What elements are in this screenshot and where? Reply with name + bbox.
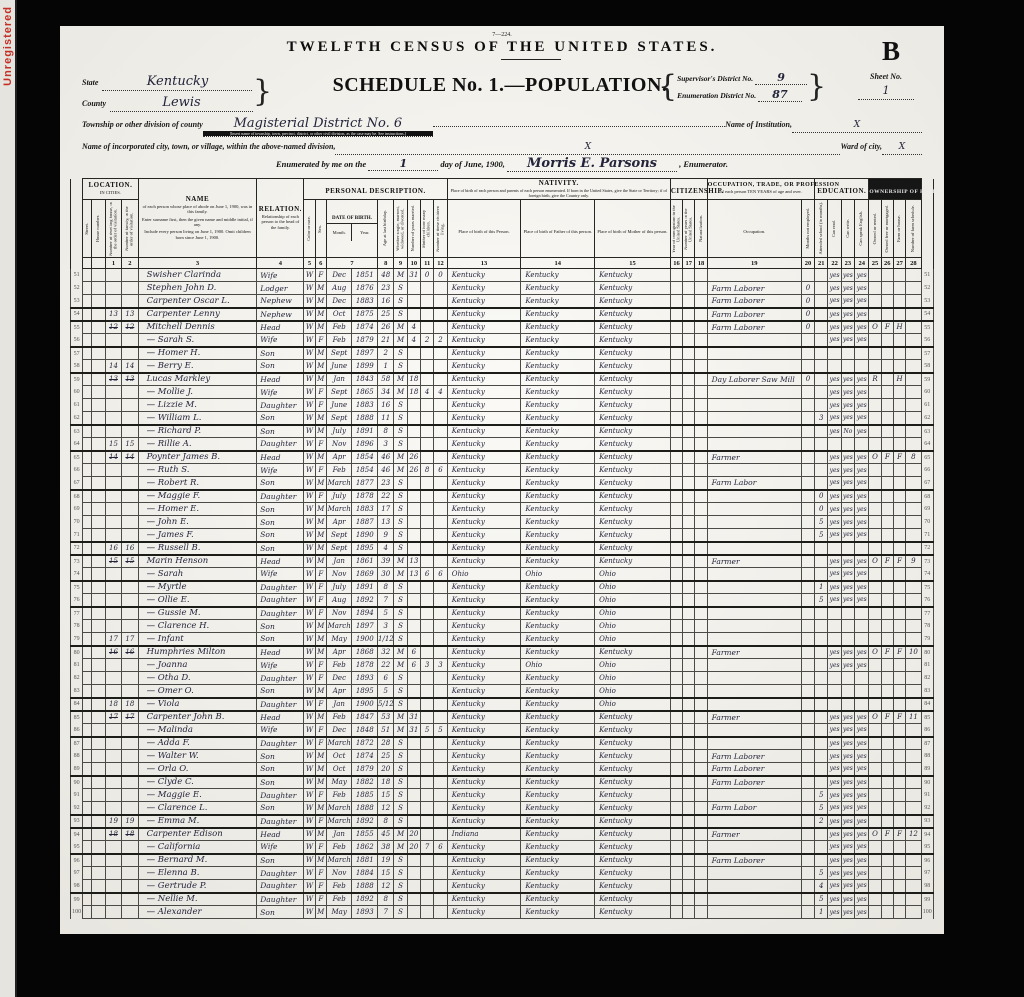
cell-naturalization	[695, 477, 707, 490]
cell-pob-person: Kentucky	[447, 555, 521, 568]
cell-can-speak-english: yes	[855, 282, 869, 295]
cell-owned-free-or-mortgaged	[881, 698, 893, 711]
cell-age: 25	[378, 750, 394, 763]
cell-can-speak-english: yes	[855, 893, 869, 906]
cell-pob-mother: Kentucky	[595, 529, 671, 542]
cell-line-number-left: 96	[71, 854, 83, 867]
cell-occupation: Farm Labor	[707, 477, 801, 490]
cell-owned-or-rented	[869, 386, 881, 399]
cell-years-in-us	[683, 867, 695, 880]
cell-can-speak-english: yes	[855, 373, 869, 386]
cell-family-number	[122, 347, 138, 360]
cell-can-speak-english	[855, 607, 869, 620]
cell-color: W	[304, 763, 315, 776]
cell-relation: Daughter	[257, 867, 304, 880]
cell-owned-free-or-mortgaged	[881, 490, 893, 503]
cell-children-living	[434, 308, 447, 321]
cell-marital-status: S	[394, 412, 407, 425]
cell-immigration-year	[670, 633, 682, 646]
cell-immigration-year	[670, 451, 682, 464]
cell-name: Lucas Markley	[138, 373, 257, 386]
cell-owned-or-rented	[869, 620, 881, 633]
cell-farm-or-house	[893, 620, 905, 633]
cell-line-number-left: 74	[71, 568, 83, 581]
cell-birth-month: Sept	[326, 542, 352, 555]
cell-months-not-employed	[801, 789, 814, 802]
cell-pob-mother: Kentucky	[595, 724, 671, 737]
cell-can-write	[841, 360, 854, 373]
cell-pob-father: Kentucky	[521, 802, 595, 815]
cell-pob-mother: Kentucky	[595, 438, 671, 451]
cell-pob-mother: Kentucky	[595, 711, 671, 724]
cell-pob-father: Kentucky	[521, 815, 595, 828]
cell-can-read	[828, 360, 841, 373]
cell-line-number-left: 82	[71, 672, 83, 685]
cell-dwelling-number	[105, 334, 121, 347]
cell-line-number-right: 96	[921, 854, 933, 867]
cell-pob-person: Kentucky	[447, 477, 521, 490]
column-number: 4	[257, 258, 304, 269]
cell-immigration-year	[670, 893, 682, 906]
cell-sex: F	[315, 737, 326, 750]
cell-name: — Otha D.	[138, 672, 257, 685]
cell-family-number	[122, 282, 138, 295]
cell-birth-year: 1899	[352, 360, 378, 373]
cell-years-in-us	[683, 802, 695, 815]
cell-children-living	[434, 854, 447, 867]
cell-can-write: yes	[841, 893, 854, 906]
col-header-pob-person: Place of birth of this Person.	[447, 200, 521, 258]
cell-months-not-employed	[801, 659, 814, 672]
cell-can-speak-english: yes	[855, 750, 869, 763]
cell-pob-person: Kentucky	[447, 308, 521, 321]
cell-years-married: 13	[407, 555, 420, 568]
table-row: 95 — California Wife W F Feb 1862 38 M 2…	[71, 841, 934, 854]
cell-occupation: Farm Labor	[707, 802, 801, 815]
cell-house-number	[92, 386, 105, 399]
cell-house-number	[92, 490, 105, 503]
cell-years-married	[407, 763, 420, 776]
cell-can-speak-english	[855, 672, 869, 685]
table-row: 54 13 13 Carpenter Lenny Nephew W M Oct …	[71, 308, 934, 321]
cell-color: W	[304, 607, 315, 620]
cell-birth-month: Dec	[326, 295, 352, 308]
cell-pob-person: Kentucky	[447, 282, 521, 295]
cell-owned-free-or-mortgaged: F	[881, 555, 893, 568]
cell-pob-father: Kentucky	[521, 399, 595, 412]
cell-relation: Head	[257, 451, 304, 464]
form-number: 7—224.	[60, 32, 944, 38]
cell-occupation	[707, 659, 801, 672]
cell-farm-schedule-number	[906, 477, 921, 490]
cell-line-number-right: 82	[921, 672, 933, 685]
table-row: 96 — Bernard M. Son W M March 1881 19 S …	[71, 854, 934, 867]
line-number-header-left	[71, 179, 83, 269]
cell-can-write	[841, 438, 854, 451]
cell-pob-father: Kentucky	[521, 880, 595, 893]
cell-line-number-left: 70	[71, 516, 83, 529]
cell-pob-father: Kentucky	[521, 854, 595, 867]
cell-years-in-us	[683, 854, 695, 867]
cell-mother-of-children	[421, 607, 434, 620]
cell-birth-year: 1892	[352, 815, 378, 828]
cell-farm-or-house	[893, 334, 905, 347]
cell-owned-free-or-mortgaged	[881, 737, 893, 750]
cell-dwelling-number	[105, 503, 121, 516]
cell-can-read: yes	[828, 568, 841, 581]
cell-family-number	[122, 802, 138, 815]
cell-age: 2	[378, 347, 394, 360]
cell-house-number	[92, 412, 105, 425]
cell-can-write: yes	[841, 308, 854, 321]
cell-age: 12	[378, 802, 394, 815]
cell-mother-of-children	[421, 685, 434, 698]
cell-can-read: yes	[828, 464, 841, 477]
cell-street	[83, 867, 92, 880]
cell-pob-person: Kentucky	[447, 347, 521, 360]
cell-years-married: 31	[407, 269, 420, 282]
cell-family-number	[122, 607, 138, 620]
cell-dwelling-number	[105, 737, 121, 750]
cell-pob-father: Kentucky	[521, 490, 595, 503]
cell-birth-month: May	[326, 906, 352, 919]
cell-owned-or-rented	[869, 607, 881, 620]
cell-birth-month: Oct	[326, 308, 352, 321]
cell-birth-year: 1881	[352, 854, 378, 867]
cell-color: W	[304, 737, 315, 750]
cell-owned-free-or-mortgaged: F	[881, 646, 893, 659]
cell-birth-year: 1896	[352, 438, 378, 451]
cell-marital-status: S	[394, 750, 407, 763]
cell-color: W	[304, 360, 315, 373]
cell-pob-father: Kentucky	[521, 620, 595, 633]
cell-line-number-left: 94	[71, 828, 83, 841]
cell-immigration-year	[670, 464, 682, 477]
cell-farm-schedule-number	[906, 698, 921, 711]
cell-marital-status: S	[394, 477, 407, 490]
cell-relation: Daughter	[257, 815, 304, 828]
cell-line-number-right: 78	[921, 620, 933, 633]
cell-pob-father: Kentucky	[521, 334, 595, 347]
cell-farm-schedule-number	[906, 685, 921, 698]
cell-color: W	[304, 568, 315, 581]
cell-attended-school	[815, 776, 828, 789]
cell-farm-schedule-number	[906, 776, 921, 789]
cell-sex: M	[315, 477, 326, 490]
cell-relation: Head	[257, 711, 304, 724]
cell-children-living	[434, 906, 447, 919]
column-number: 18	[695, 258, 707, 269]
cell-pob-person: Kentucky	[447, 633, 521, 646]
cell-immigration-year	[670, 737, 682, 750]
cell-line-number-left: 72	[71, 542, 83, 555]
cell-mother-of-children	[421, 477, 434, 490]
cell-farm-schedule-number	[906, 412, 921, 425]
cell-farm-or-house	[893, 490, 905, 503]
cell-street	[83, 672, 92, 685]
cell-pob-mother: Kentucky	[595, 815, 671, 828]
cell-dwelling-number	[105, 763, 121, 776]
cell-marital-status: S	[394, 737, 407, 750]
cell-pob-person: Ohio	[447, 568, 521, 581]
cell-family-number	[122, 477, 138, 490]
cell-sex: F	[315, 659, 326, 672]
cell-line-number-right: 72	[921, 542, 933, 555]
cell-line-number-right: 52	[921, 282, 933, 295]
cell-owned-free-or-mortgaged	[881, 620, 893, 633]
cell-can-read: yes	[828, 750, 841, 763]
cell-months-not-employed	[801, 568, 814, 581]
cell-can-speak-english	[855, 542, 869, 555]
column-number: 3	[138, 258, 257, 269]
column-number: 16	[670, 258, 682, 269]
cell-family-number	[122, 412, 138, 425]
cell-sex: M	[315, 373, 326, 386]
cell-name: — Elenna B.	[138, 867, 257, 880]
cell-family-number	[122, 334, 138, 347]
cell-farm-or-house	[893, 594, 905, 607]
cell-can-read: yes	[828, 841, 841, 854]
cell-marital-status: S	[394, 802, 407, 815]
cell-relation: Daughter	[257, 737, 304, 750]
cell-pob-father: Kentucky	[521, 685, 595, 698]
cell-can-write: yes	[841, 815, 854, 828]
cell-family-number: 17	[122, 711, 138, 724]
cell-street	[83, 425, 92, 438]
cell-house-number	[92, 828, 105, 841]
cell-house-number	[92, 802, 105, 815]
cell-name: — Homer E.	[138, 503, 257, 516]
cell-pob-mother: Kentucky	[595, 334, 671, 347]
cell-years-married: 26	[407, 451, 420, 464]
county-label: County	[82, 99, 106, 108]
cell-owned-or-rented: O	[869, 646, 881, 659]
cell-can-read: yes	[828, 503, 841, 516]
cell-sex: M	[315, 360, 326, 373]
cell-naturalization	[695, 581, 707, 594]
cell-owned-or-rented	[869, 659, 881, 672]
cell-naturalization	[695, 373, 707, 386]
cell-immigration-year	[670, 698, 682, 711]
township-line: Township or other division of county Mag…	[82, 114, 922, 137]
cell-can-read	[828, 672, 841, 685]
cell-pob-mother: Ohio	[595, 659, 671, 672]
cell-can-speak-english	[855, 685, 869, 698]
cell-color: W	[304, 464, 315, 477]
cell-sex: M	[315, 295, 326, 308]
cell-years-in-us	[683, 477, 695, 490]
cell-marital-status: S	[394, 685, 407, 698]
cell-naturalization	[695, 698, 707, 711]
cell-farm-or-house	[893, 464, 905, 477]
cell-can-speak-english: yes	[855, 659, 869, 672]
cell-house-number	[92, 360, 105, 373]
cell-years-married	[407, 360, 420, 373]
cell-can-write: yes	[841, 659, 854, 672]
cell-name: — Robert R.	[138, 477, 257, 490]
cell-immigration-year	[670, 529, 682, 542]
col-header-immigration-year: Year of immigration to the United States…	[670, 200, 682, 258]
cell-months-not-employed	[801, 464, 814, 477]
cell-months-not-employed	[801, 516, 814, 529]
cell-dwelling-number	[105, 425, 121, 438]
cell-naturalization	[695, 412, 707, 425]
cell-color: W	[304, 269, 315, 282]
cell-pob-father: Kentucky	[521, 672, 595, 685]
cell-can-read: yes	[828, 776, 841, 789]
cell-house-number	[92, 698, 105, 711]
cell-street	[83, 490, 92, 503]
cell-name: — Omer O.	[138, 685, 257, 698]
cell-house-number	[92, 464, 105, 477]
cell-sex: M	[315, 321, 326, 334]
cell-dwelling-number	[105, 776, 121, 789]
cell-years-married	[407, 295, 420, 308]
cell-can-read	[828, 620, 841, 633]
cell-house-number	[92, 308, 105, 321]
cell-years-married	[407, 854, 420, 867]
cell-street	[83, 321, 92, 334]
cell-name: — William L.	[138, 412, 257, 425]
cell-age: 51	[378, 724, 394, 737]
cell-mother-of-children	[421, 737, 434, 750]
cell-years-in-us	[683, 399, 695, 412]
table-row: 94 18 18 Carpenter Edison Head W M Jan 1…	[71, 828, 934, 841]
column-number: 28	[906, 258, 921, 269]
cell-years-in-us	[683, 737, 695, 750]
cell-age: 53	[378, 711, 394, 724]
cell-owned-or-rented	[869, 399, 881, 412]
table-row: 51 Swisher Clarinda Wife W F Dec 1851 48…	[71, 269, 934, 282]
cell-age: 58	[378, 373, 394, 386]
cell-can-write: yes	[841, 763, 854, 776]
cell-can-read: yes	[828, 828, 841, 841]
cell-sex: M	[315, 308, 326, 321]
cell-years-in-us	[683, 672, 695, 685]
cell-farm-or-house	[893, 360, 905, 373]
cell-can-read: yes	[828, 399, 841, 412]
cell-name: — Maggie E.	[138, 789, 257, 802]
cell-family-number: 18	[122, 698, 138, 711]
cell-relation: Son	[257, 685, 304, 698]
cell-occupation: Farmer	[707, 555, 801, 568]
cell-immigration-year	[670, 711, 682, 724]
cell-birth-month: July	[326, 490, 352, 503]
cell-color: W	[304, 334, 315, 347]
cell-house-number	[92, 867, 105, 880]
cell-months-not-employed	[801, 360, 814, 373]
cell-pob-mother: Kentucky	[595, 347, 671, 360]
cell-name: — Alexander	[138, 906, 257, 919]
cell-pob-father: Kentucky	[521, 828, 595, 841]
cell-pob-person: Kentucky	[447, 373, 521, 386]
cell-age: 15	[378, 867, 394, 880]
cell-can-speak-english: yes	[855, 425, 869, 438]
cell-name: — Richard P.	[138, 425, 257, 438]
cell-naturalization	[695, 737, 707, 750]
cell-dwelling-number: 13	[105, 373, 121, 386]
cell-family-number	[122, 659, 138, 672]
enumerated-line: Enumerated by me on the 1 day of June, 1…	[60, 156, 944, 172]
cell-naturalization	[695, 347, 707, 360]
cell-dwelling-number	[105, 893, 121, 906]
cell-pob-father: Kentucky	[521, 607, 595, 620]
cell-years-married	[407, 880, 420, 893]
cell-owned-or-rented: O	[869, 555, 881, 568]
column-number: 25	[869, 258, 881, 269]
col-header-farm-schedule-number: Number of farm schedule.	[906, 200, 921, 258]
cell-pob-father: Kentucky	[521, 633, 595, 646]
cell-name: — Ollie E.	[138, 594, 257, 607]
cell-owned-or-rented	[869, 789, 881, 802]
cell-pob-person: Kentucky	[447, 516, 521, 529]
cell-house-number	[92, 295, 105, 308]
cell-dwelling-number: 17	[105, 711, 121, 724]
cell-pob-mother: Kentucky	[595, 399, 671, 412]
cell-birth-month: Dec	[326, 269, 352, 282]
cell-can-write: yes	[841, 321, 854, 334]
cell-relation: Wife	[257, 269, 304, 282]
cell-street	[83, 308, 92, 321]
cell-occupation	[707, 685, 801, 698]
cell-years-married	[407, 477, 420, 490]
cell-dwelling-number: 15	[105, 555, 121, 568]
cell-children-living	[434, 607, 447, 620]
cell-years-married	[407, 542, 420, 555]
cell-line-number-left: 78	[71, 620, 83, 633]
cell-line-number-left: 95	[71, 841, 83, 854]
cell-birth-year: 1895	[352, 542, 378, 555]
cell-children-living: 2	[434, 334, 447, 347]
cell-owned-free-or-mortgaged	[881, 503, 893, 516]
cell-marital-status: M	[394, 659, 407, 672]
cell-marital-status: S	[394, 867, 407, 880]
cell-pob-person: Kentucky	[447, 867, 521, 880]
cell-line-number-right: 59	[921, 373, 933, 386]
cell-house-number	[92, 672, 105, 685]
schedule-title: SCHEDULE No. 1.—POPULATION.	[290, 74, 710, 97]
cell-can-read: yes	[828, 711, 841, 724]
cell-can-speak-english: yes	[855, 386, 869, 399]
cell-children-living	[434, 360, 447, 373]
table-row: 68 — Maggie F. Daughter W F July 1878 22…	[71, 490, 934, 503]
district-block: { Supervisor's District No. 9 Enumeratio…	[658, 68, 826, 105]
cell-months-not-employed	[801, 620, 814, 633]
cell-name: — Adda F.	[138, 737, 257, 750]
cell-can-write: yes	[841, 594, 854, 607]
cell-pob-person: Kentucky	[447, 854, 521, 867]
cell-immigration-year	[670, 815, 682, 828]
cell-house-number	[92, 334, 105, 347]
cell-marital-status: S	[394, 815, 407, 828]
cell-owned-or-rented	[869, 815, 881, 828]
cell-pob-father: Kentucky	[521, 581, 595, 594]
cell-relation: Daughter	[257, 893, 304, 906]
cell-owned-or-rented	[869, 334, 881, 347]
cell-farm-or-house	[893, 724, 905, 737]
cell-can-write: yes	[841, 646, 854, 659]
table-row: 66 — Ruth S. Wife W F Feb 1854 46 M 26 8…	[71, 464, 934, 477]
cell-dwelling-number	[105, 620, 121, 633]
cell-pob-mother: Kentucky	[595, 321, 671, 334]
cell-can-write: yes	[841, 412, 854, 425]
cell-owned-free-or-mortgaged	[881, 789, 893, 802]
cell-birth-year: 1893	[352, 672, 378, 685]
cell-children-living	[434, 451, 447, 464]
cell-farm-schedule-number	[906, 620, 921, 633]
cell-years-married	[407, 893, 420, 906]
cell-naturalization	[695, 360, 707, 373]
